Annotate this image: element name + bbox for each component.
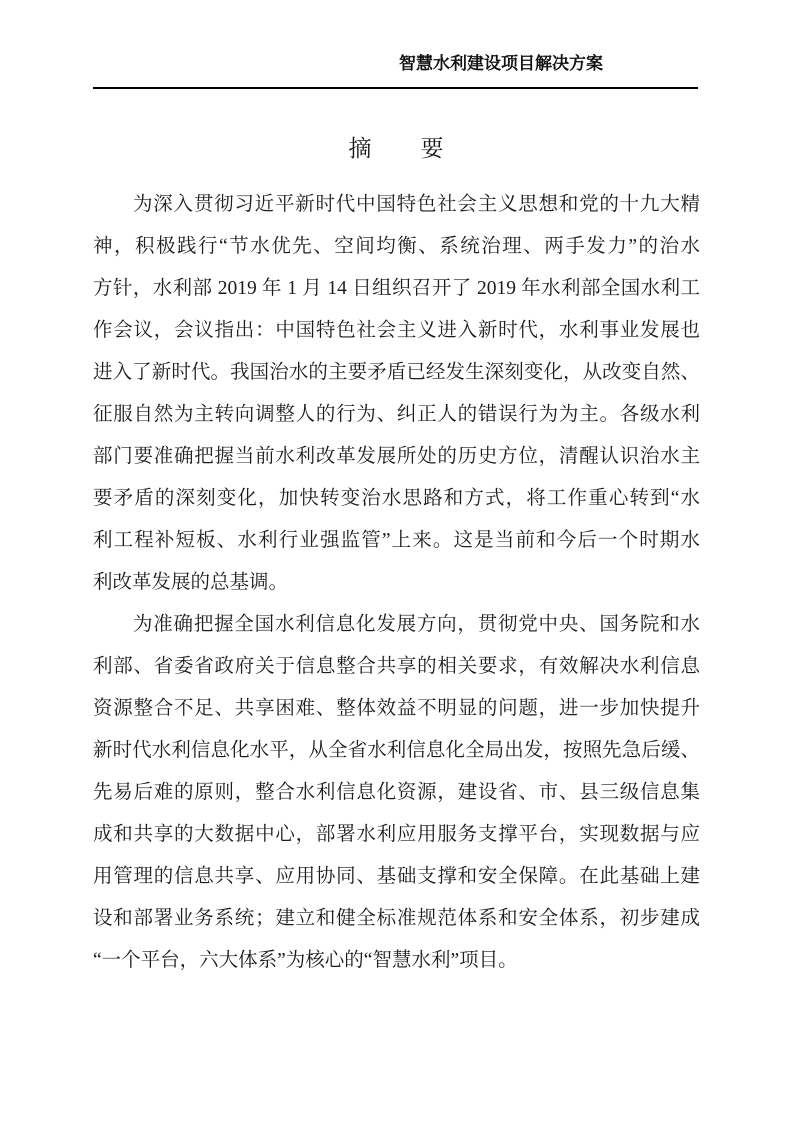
text-line: “一个平台，六大体系”为核心的“智慧水利”项目。 <box>93 940 700 982</box>
text-line: 用管理的信息共享、应用协同、基础支撑和安全保障。在此基础上建 <box>93 856 700 898</box>
document-page: 智慧水利建设项目解决方案 摘 要 为深入贯彻习近平新时代中国特色社会主义思想和党… <box>0 0 793 1122</box>
text-line: 方针，水利部 2019 年 1 月 14 日组织召开了 2019 年水利部全国水… <box>93 268 700 310</box>
text-line: 利改革发展的总基调。 <box>93 562 700 604</box>
text-line: 作会议，会议指出：中国特色社会主义进入新时代，水利事业发展也 <box>93 310 700 352</box>
text-line: 资源整合不足、共享困难、整体效益不明显的问题，进一步加快提升 <box>93 688 700 730</box>
text-line: 利部、省委省政府关于信息整合共享的相关要求，有效解决水利信息 <box>93 646 700 688</box>
text-line: 进入了新时代。我国治水的主要矛盾已经发生深刻变化，从改变自然、 <box>93 352 700 394</box>
text-line: 成和共享的大数据中心，部署水利应用服务支撑平台，实现数据与应 <box>93 814 700 856</box>
abstract-title: 摘 要 <box>0 134 793 164</box>
text-line: 部门要准确把握当前水利改革发展所处的历史方位，清醒认识治水主 <box>93 436 700 478</box>
text-line: 神，积极践行“节水优先、空间均衡、系统治理、两手发力”的治水 <box>93 226 700 268</box>
text-line: 为准确把握全国水利信息化发展方向，贯彻党中央、国务院和水 <box>93 604 700 646</box>
text-line: 要矛盾的深刻变化，加快转变治水思路和方式，将工作重心转到“水 <box>93 478 700 520</box>
text-line: 先易后难的原则，整合水利信息化资源，建设省、市、县三级信息集 <box>93 772 700 814</box>
document-body: 为深入贯彻习近平新时代中国特色社会主义思想和党的十九大精神，积极践行“节水优先、… <box>93 184 700 982</box>
page-header-title: 智慧水利建设项目解决方案 <box>93 52 603 76</box>
text-line: 新时代水利信息化水平，从全省水利信息化全局出发，按照先急后缓、 <box>93 730 700 772</box>
text-line: 为深入贯彻习近平新时代中国特色社会主义思想和党的十九大精 <box>93 184 700 226</box>
text-line: 利工程补短板、水利行业强监管”上来。这是当前和今后一个时期水 <box>93 520 700 562</box>
text-line: 征服自然为主转向调整人的行为、纠正人的错误行为为主。各级水利 <box>93 394 700 436</box>
text-line: 设和部署业务系统；建立和健全标准规范体系和安全体系，初步建成 <box>93 898 700 940</box>
header-rule <box>93 87 698 89</box>
